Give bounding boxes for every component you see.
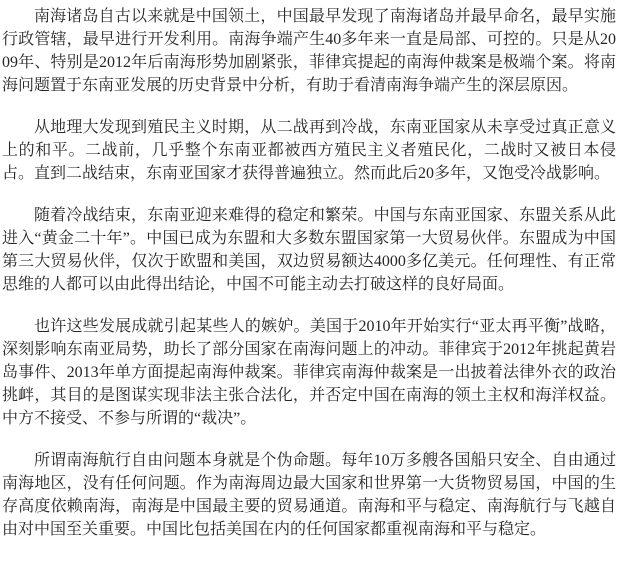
paragraph-2: 从地理大发现到殖民主义时期，从二战再到冷战，东南亚国家从未享受过真正意义上的和平… [2,116,616,185]
paragraph-4: 也许这些发展成就引起某些人的嫉妒。美国于2010年开始实行“亚太再平衡”战略，深… [2,315,616,430]
paragraph-1: 南海诸岛自古以来就是中国领土，中国最早发现了南海诸岛并最早命名，最早实施行政管辖… [2,5,616,97]
article-body: 南海诸岛自古以来就是中国领土，中国最早发现了南海诸岛并最早命名，最早实施行政管辖… [0,0,618,565]
paragraph-3: 随着冷战结束，东南亚迎来难得的稳定和繁荣。中国与东南亚国家、东盟关系从此进入“黄… [2,204,616,296]
paragraph-5: 所谓南海航行自由问题本身就是个伪命题。每年10万多艘各国船只安全、自由通过南海地… [2,449,616,541]
